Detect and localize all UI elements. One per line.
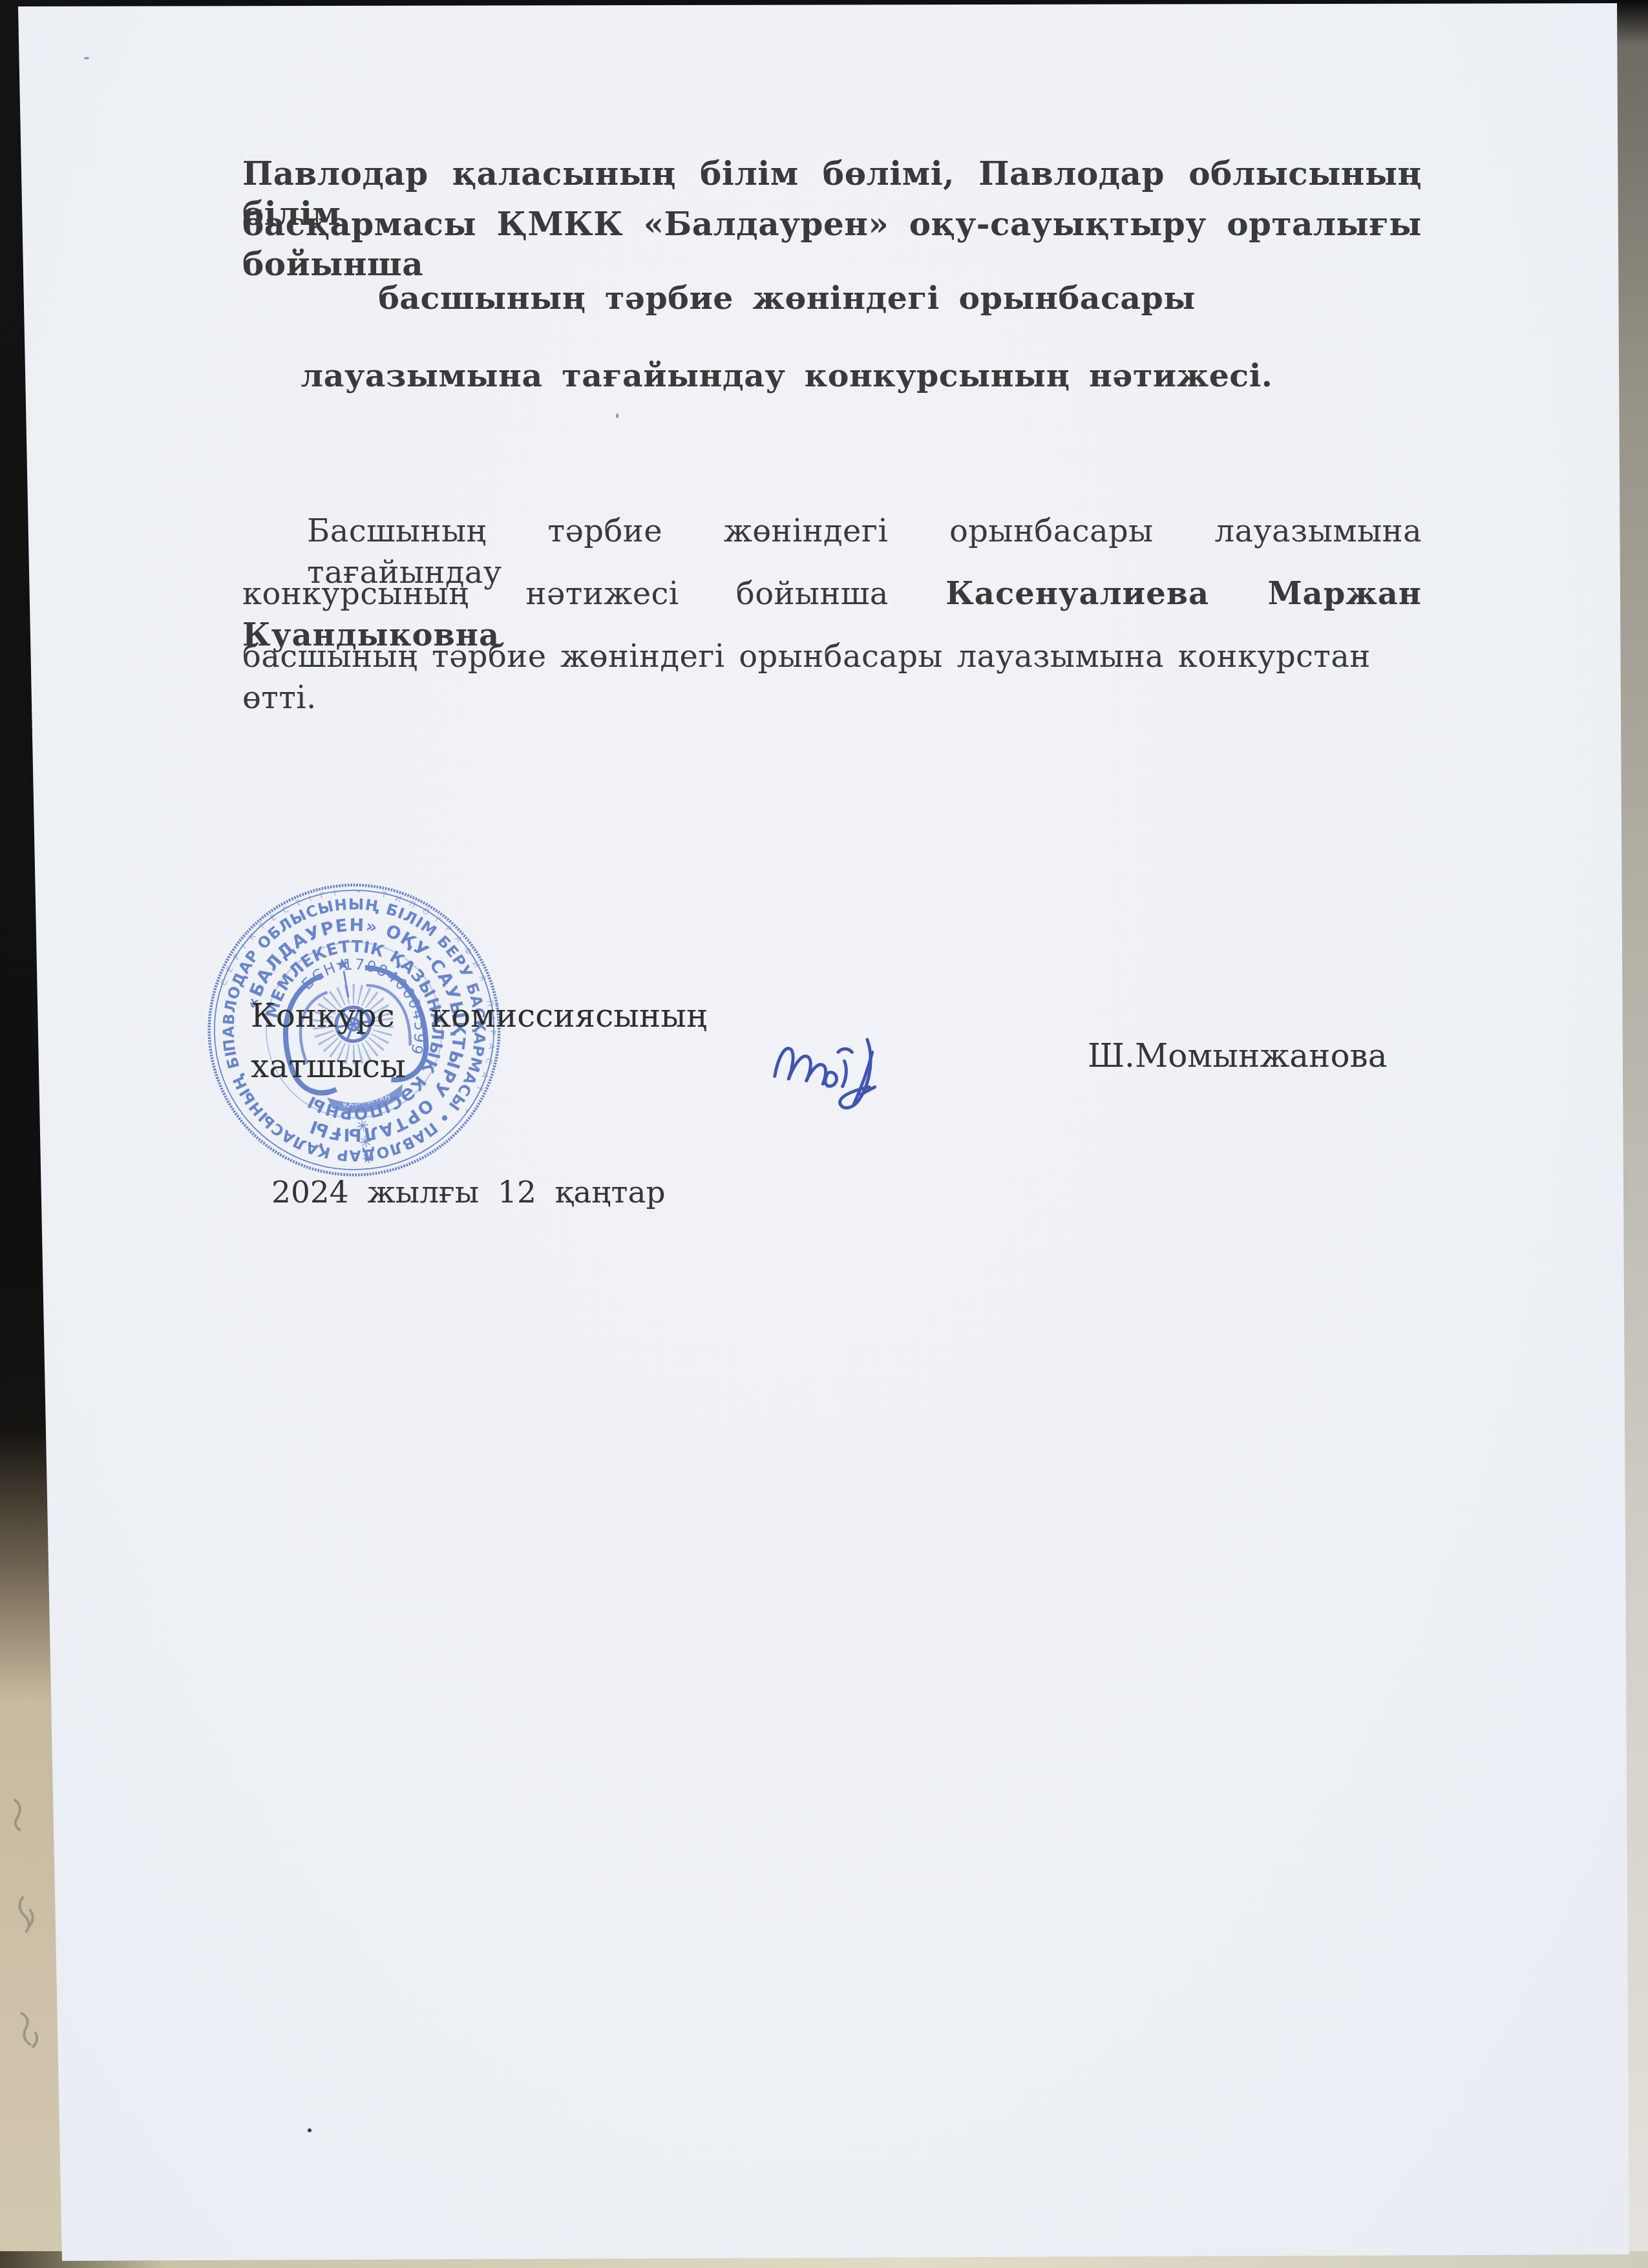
title-line-1: Павлодар қаласының білім бөлімі, Павлода… [242,154,1422,204]
body-line-2: конкурсының нәтижесі бойынша Касенуалиев… [242,573,1422,636]
signature-ink [766,1014,931,1115]
dust-speck [308,2128,312,2132]
title-line-4: лауазымына тағайындау конкурсының нәтиже… [197,356,1377,395]
scanned-page: Павлодар қаласының білім бөлімі, Павлода… [0,0,1648,2268]
dust-speck [84,57,89,59]
title-line-3: басшының тәрбие жөніндегі орынбасары [197,278,1377,317]
pencil-smudges [1,1780,59,2077]
commission-role: Конкурс комиссиясының хатшысы [251,997,707,1085]
body-line-3: басшының тәрбие жөніндегі орынбасары лау… [242,636,1422,698]
body-line-1: Басшының тәрбие жөніндегі орынбасары лау… [242,510,1422,573]
document-title: Павлодар қаласының білім бөлімі, Павлода… [242,154,1422,395]
document-date: 2024 жылғы 12 қаңтар [271,1175,666,1210]
body-line-2-text: конкурсының нәтижесі бойынша [242,576,889,612]
signer-name: Ш.Момынжанова [1088,1037,1387,1075]
dust-speck [616,414,618,418]
title-line-2: басқармасы ҚМКК «Балдаурен» оқу-сауықтыр… [242,204,1422,255]
role-line-1: Конкурс комиссиясының [251,997,707,1034]
role-line-2: хатшысы [251,1047,707,1085]
document-body: Басшының тәрбие жөніндегі орынбасары лау… [242,510,1422,698]
